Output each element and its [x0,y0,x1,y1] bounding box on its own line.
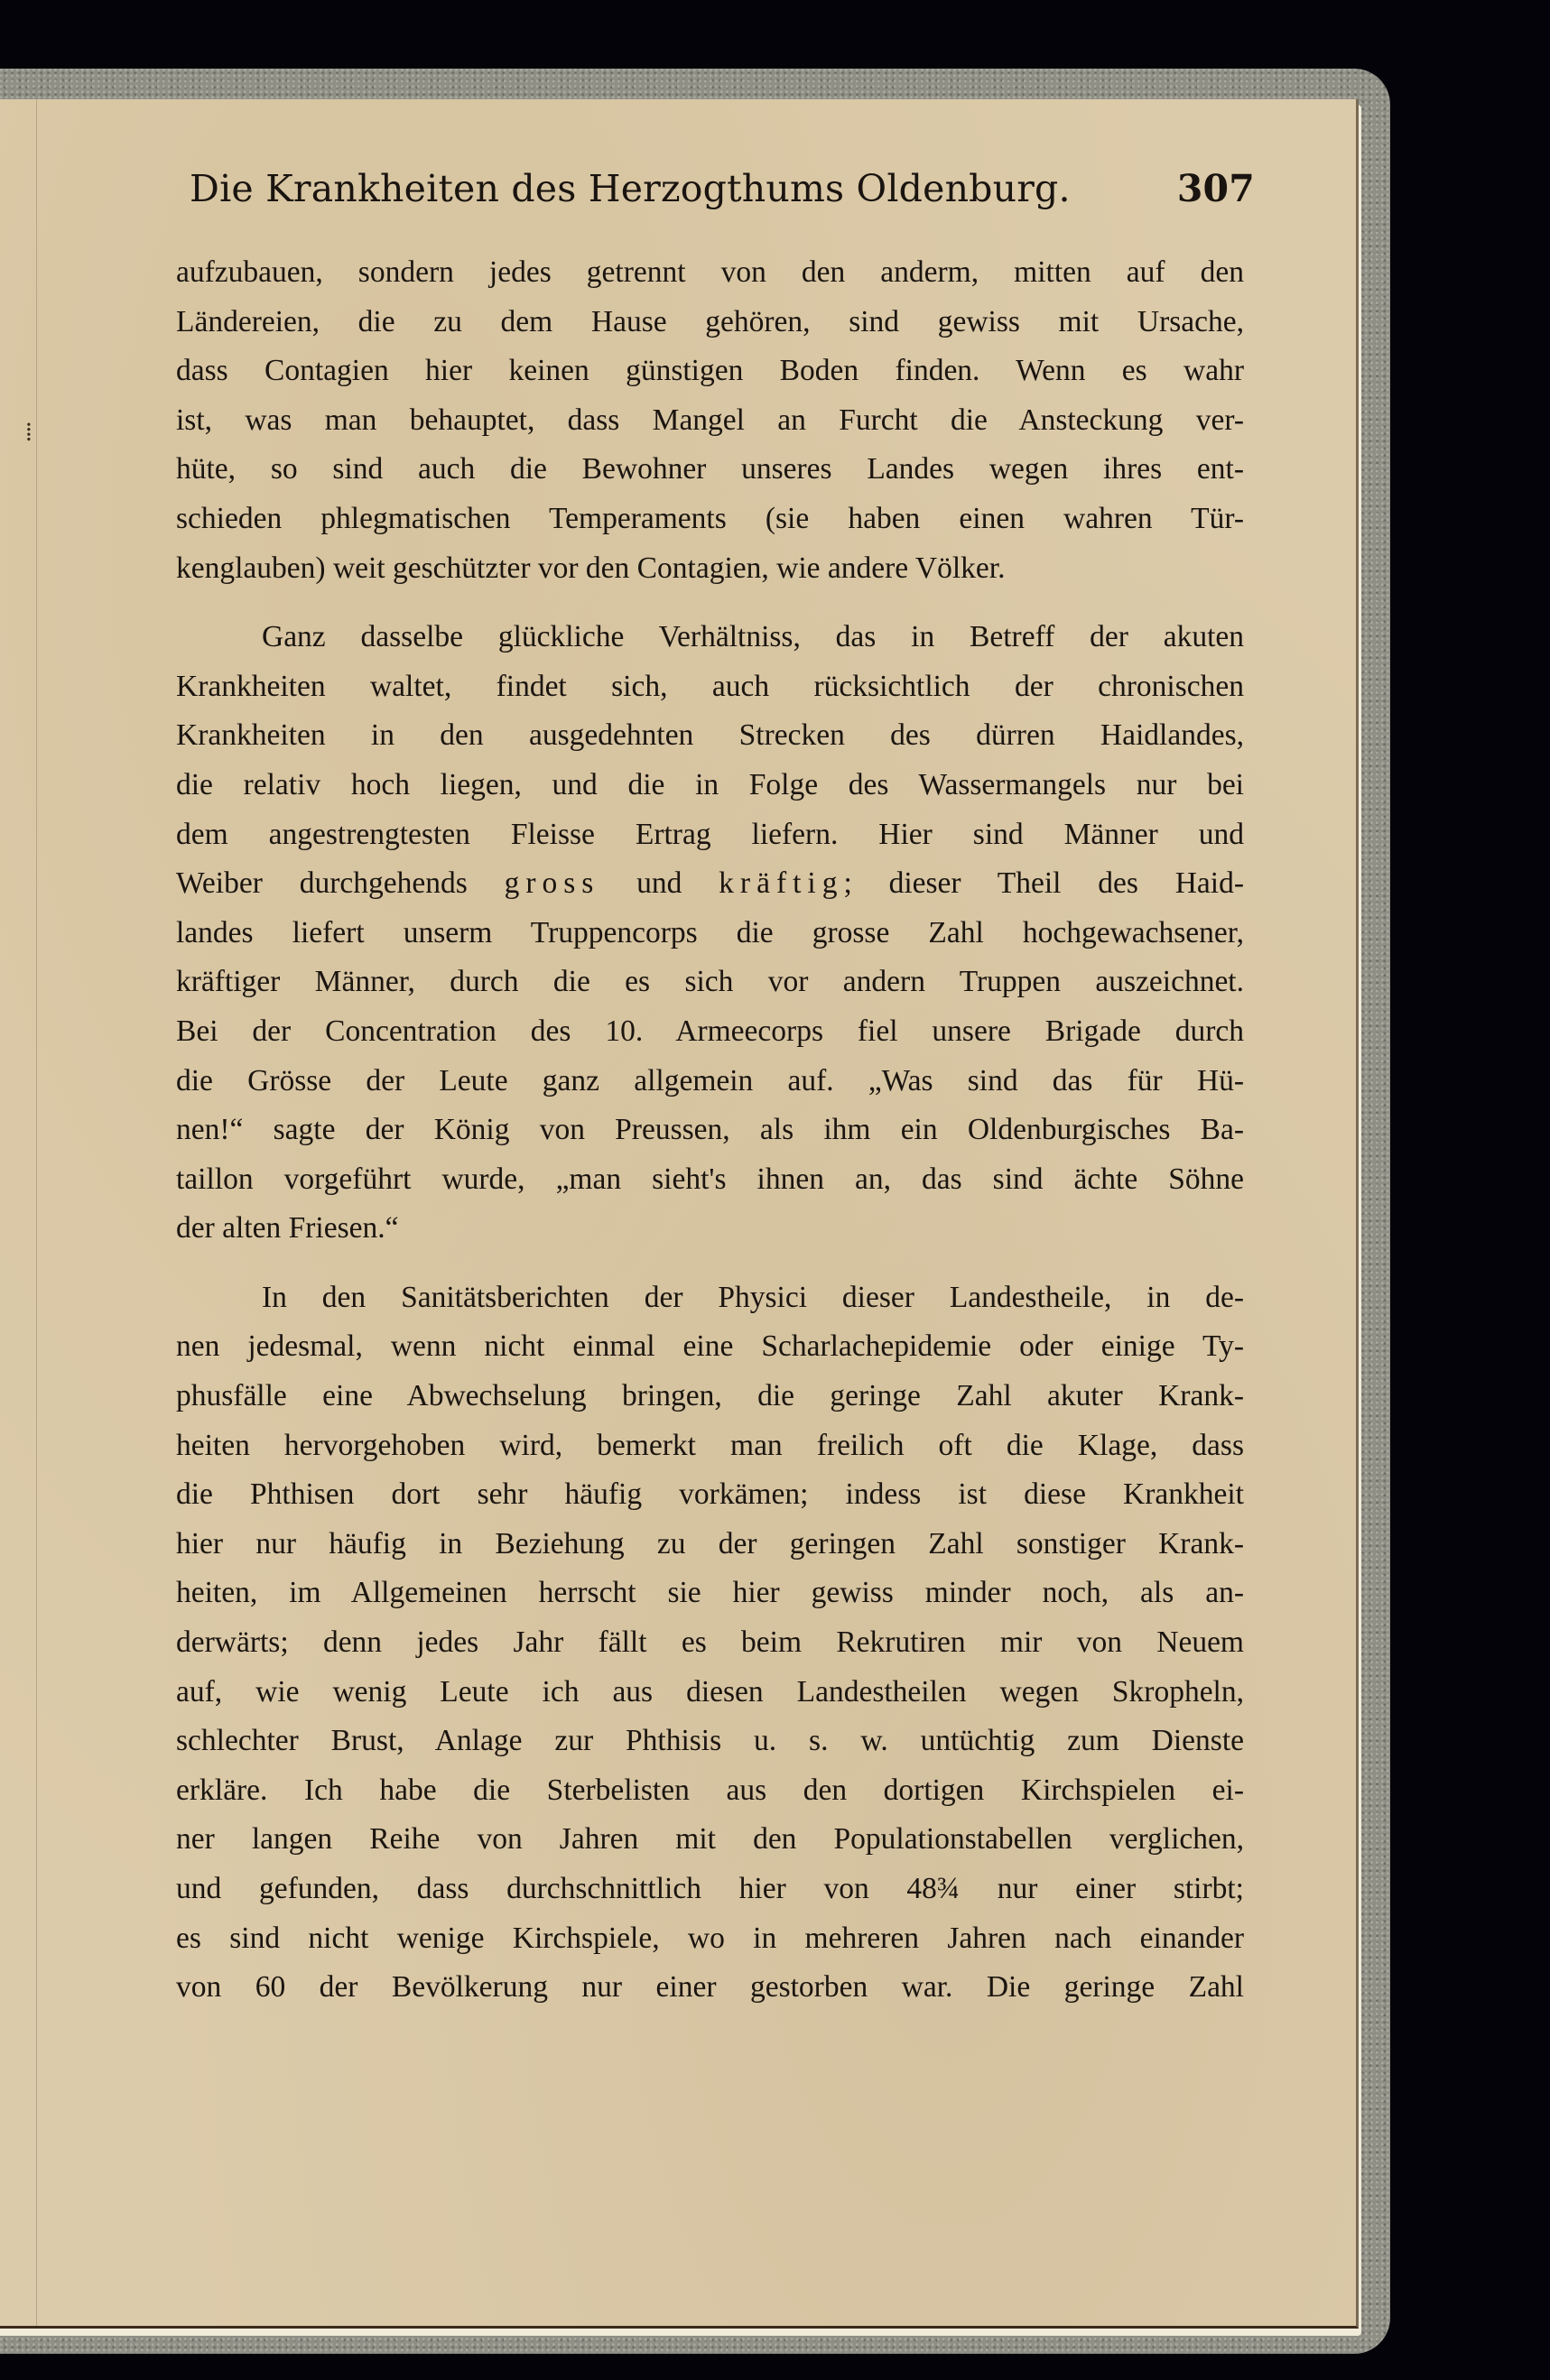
text-line: schlechter Brust, Anlage zur Phthisis u.… [176,1717,1244,1766]
text-line: nen jedesmal, wenn nicht einmal eine Sch… [176,1322,1244,1372]
spaced-emphasis: gross [505,866,600,900]
text-line: die Grösse der Leute ganz allgemein auf.… [176,1057,1244,1107]
text-line: In den Sanitätsberichten der Physici die… [176,1273,1244,1323]
running-head: Die Krankheiten des Herzogthums Oldenbur… [190,167,1255,210]
text-line: Krankheiten in den ausgedehnten Strecken… [176,711,1244,761]
text-line: phusfälle eine Abwechselung bringen, die… [176,1372,1244,1422]
text-line: ist, was man behauptet, dass Mangel an F… [176,396,1244,446]
paragraph-2: Ganz dasselbe glückliche Verhältniss, da… [176,613,1244,1254]
text-run: und [599,866,719,900]
text-line: hier nur häufig in Beziehung zu der geri… [176,1520,1244,1570]
text-line: Ganz dasselbe glückliche Verhältniss, da… [176,613,1244,662]
margin-mark: ⁞ [25,417,32,448]
text-line: der alten Friesen.“ [176,1204,1244,1254]
text-line-emphasis: Weiber durchgehends gross und kräftig; d… [176,859,1244,909]
text-line: Krankheiten waltet, findet sich, auch rü… [176,662,1244,712]
text-line: auf, wie wenig Leute ich aus diesen Land… [176,1668,1244,1718]
running-head-title: Die Krankheiten des Herzogthums Oldenbur… [190,167,1071,210]
text-line: kenglauben) weit geschützter vor den Con… [176,544,1244,594]
text-line: heiten hervorgehoben wird, bemerkt man f… [176,1422,1244,1471]
text-line: Ländereien, die zu dem Hause gehören, si… [176,298,1244,347]
text-line: ner langen Reihe von Jahren mit den Popu… [176,1815,1244,1865]
text-line: schieden phlegmatischen Temperaments (si… [176,495,1244,544]
text-line: es sind nicht wenige Kirchspiele, wo in … [176,1914,1244,1964]
text-line: dass Contagien hier keinen günstigen Bod… [176,347,1244,396]
text-run: ; dieser Theil des Haid- [843,866,1244,900]
text-line: dem angestrengtesten Fleisse Ertrag lief… [176,810,1244,860]
text-line: die relativ hoch liegen, und die in Folg… [176,761,1244,810]
text-line: nen!“ sagte der König von Preussen, als … [176,1106,1244,1155]
text-line: landes liefert unserm Truppencorps die g… [176,909,1244,958]
text-line: und gefunden, dass durchschnittlich hier… [176,1865,1244,1914]
text-line: erkläre. Ich habe die Sterbelisten aus d… [176,1766,1244,1816]
text-line: hüte, so sind auch die Bewohner unseres … [176,445,1244,495]
text-line: kräftiger Männer, durch die es sich vor … [176,958,1244,1007]
paragraph-1: aufzubauen, sondern jedes getrennt von d… [176,248,1244,593]
text-line: heiten, im Allgemeinen herrscht sie hier… [176,1569,1244,1618]
spaced-emphasis: kräftig [719,866,843,900]
text-line: die Phthisen dort sehr häufig vorkämen; … [176,1470,1244,1520]
text-line: von 60 der Bevölkerung nur einer gestorb… [176,1963,1244,2013]
text-line: derwärts; denn jedes Jahr fällt es beim … [176,1618,1244,1668]
text-line: taillon vorgeführt wurde, „man sieht's i… [176,1155,1244,1205]
text-line: Bei der Concentration des 10. Armeecorps… [176,1007,1244,1057]
body-text: aufzubauen, sondern jedes getrennt von d… [176,248,1244,2013]
paragraph-3: In den Sanitätsberichten der Physici die… [176,1273,1244,2013]
gutter-fold [36,99,37,2326]
text-run: Weiber durchgehends [176,866,505,900]
text-line: aufzubauen, sondern jedes getrennt von d… [176,248,1244,298]
page-number: 307 [1177,167,1255,210]
